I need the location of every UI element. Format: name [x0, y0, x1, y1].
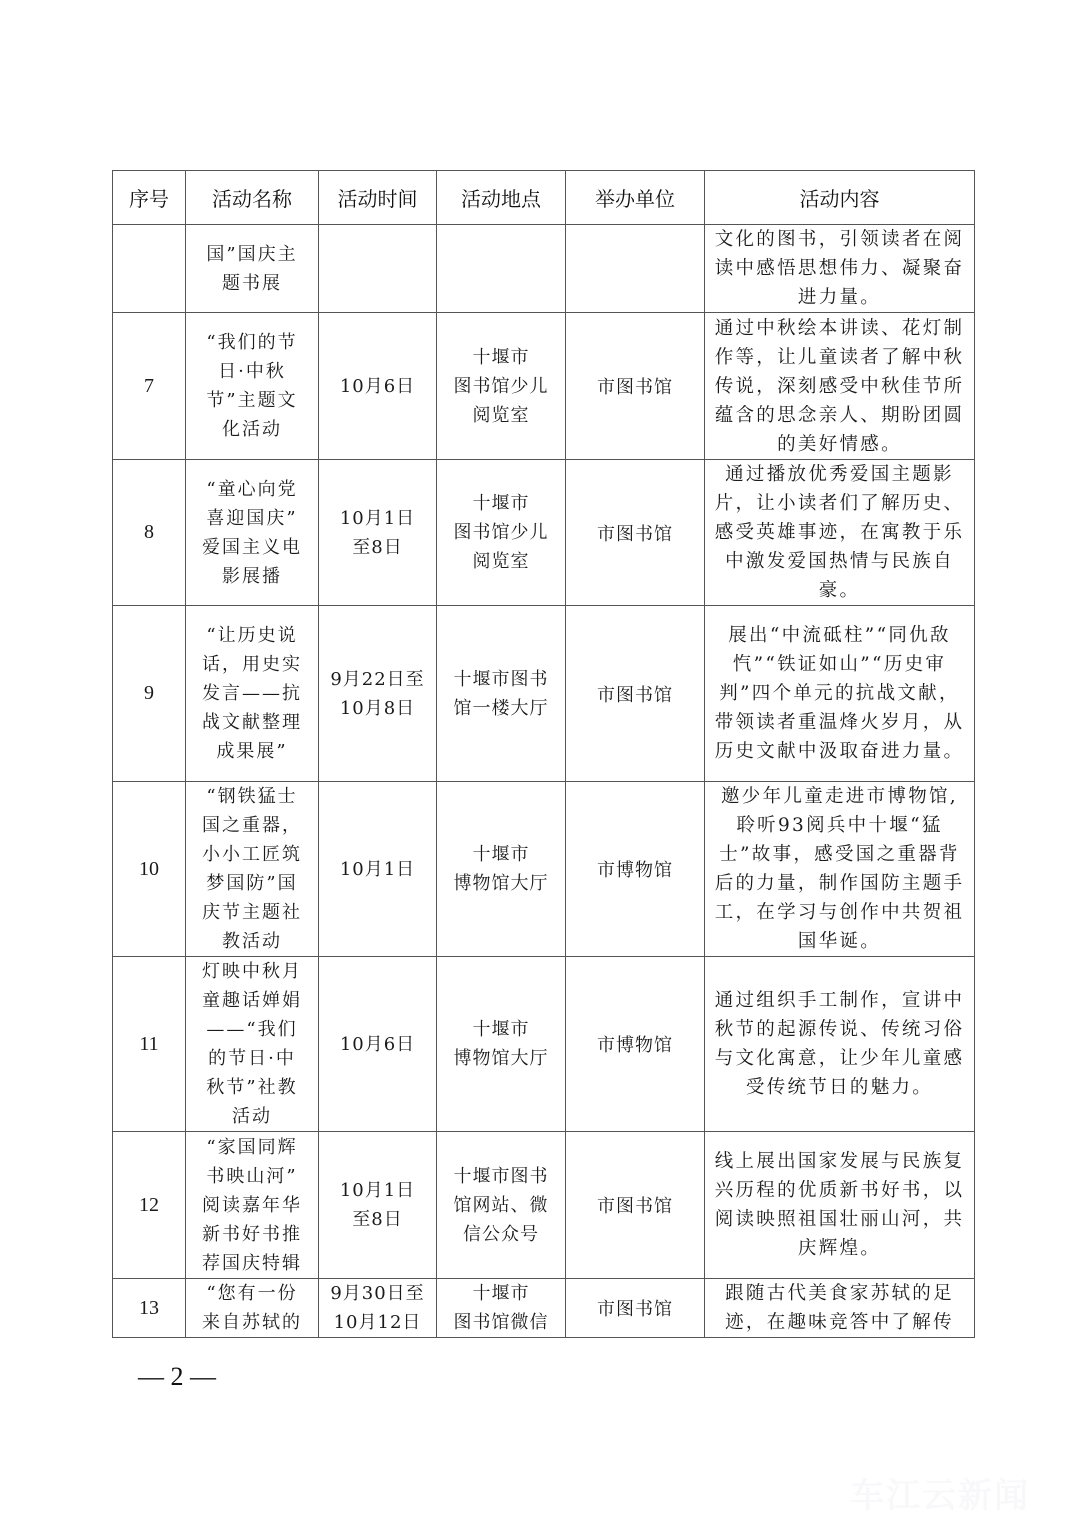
cell-activity-name: “您有一份 来自苏轼的	[186, 1279, 319, 1338]
cell-activity-time: 10月1日 至8日	[319, 1132, 437, 1279]
cell-index: 11	[113, 957, 186, 1132]
cell-activity-place: 十堰市 博物馆大厅	[437, 782, 566, 957]
cell-organizer: 市博物馆	[566, 782, 705, 957]
table-row: 10 “钢铁猛士 国之重器， 小小工匠筑 梦国防”国 庆节主题社 教活动 10月…	[113, 782, 975, 957]
table-row: 13 “您有一份 来自苏轼的 9月30日至 10月12日 十堰市 图书馆微信 市…	[113, 1279, 975, 1338]
cell-activity-place: 十堰市图书 馆网站、微 信公众号	[437, 1132, 566, 1279]
header-activity-time: 活动时间	[319, 171, 437, 225]
cell-index: 12	[113, 1132, 186, 1279]
cell-index: 13	[113, 1279, 186, 1338]
cell-index: 9	[113, 606, 186, 782]
cell-activity-name: 国”国庆主 题书展	[186, 225, 319, 313]
table-row: 12 “家国同辉 书映山河” 阅读嘉年华 新书好书推 荐国庆特辑 10月1日 至…	[113, 1132, 975, 1279]
cell-activity-time	[319, 225, 437, 313]
cell-organizer: 市图书馆	[566, 313, 705, 460]
header-index: 序号	[113, 171, 186, 225]
cell-activity-content: 文化的图书，引领读者在阅读中感悟思想伟力、凝聚奋进力量。	[705, 225, 975, 313]
cell-activity-time: 10月1日 至8日	[319, 460, 437, 606]
cell-organizer: 市博物馆	[566, 957, 705, 1132]
table-row: 11 灯映中秋月 童趣话婵娟 ——“我们 的节日·中 秋节”社教 活动 10月6…	[113, 957, 975, 1132]
cell-activity-name: “我们的节 日·中秋 节”主题文 化活动	[186, 313, 319, 460]
watermark: 车江云新闻	[850, 1468, 1030, 1517]
cell-activity-time: 10月6日	[319, 957, 437, 1132]
cell-index	[113, 225, 186, 313]
cell-index: 10	[113, 782, 186, 957]
cell-activity-time: 10月6日	[319, 313, 437, 460]
table-row: 8 “童心向党 喜迎国庆” 爱国主义电 影展播 10月1日 至8日 十堰市 图书…	[113, 460, 975, 606]
page-number: — 2 —	[138, 1362, 216, 1392]
table-row: 7 “我们的节 日·中秋 节”主题文 化活动 10月6日 十堰市 图书馆少儿 阅…	[113, 313, 975, 460]
cell-activity-content: 通过播放优秀爱国主题影片，让小读者们了解历史、感受英雄事迹，在寓教于乐中激发爱国…	[705, 460, 975, 606]
cell-activity-time: 9月22日至 10月8日	[319, 606, 437, 782]
header-activity-place: 活动地点	[437, 171, 566, 225]
cell-organizer: 市图书馆	[566, 606, 705, 782]
cell-activity-content: 通过组织手工制作，宣讲中秋节的起源传说、传统习俗与文化寓意，让少年儿童感受传统节…	[705, 957, 975, 1132]
cell-organizer: 市图书馆	[566, 1279, 705, 1338]
cell-activity-place: 十堰市 图书馆少儿 阅览室	[437, 313, 566, 460]
table-header-row: 序号 活动名称 活动时间 活动地点 举办单位 活动内容	[113, 171, 975, 225]
activity-table: 序号 活动名称 活动时间 活动地点 举办单位 活动内容 国”国庆主 题书展 文化…	[112, 170, 975, 1338]
cell-activity-name: “让历史说 话，用史实 发言——抗 战文献整理 成果展”	[186, 606, 319, 782]
cell-activity-content: 通过中秋绘本讲读、花灯制作等，让儿童读者了解中秋传说，深刻感受中秋佳节所蕴含的思…	[705, 313, 975, 460]
header-activity-content: 活动内容	[705, 171, 975, 225]
cell-activity-place	[437, 225, 566, 313]
header-organizer: 举办单位	[566, 171, 705, 225]
header-activity-name: 活动名称	[186, 171, 319, 225]
cell-activity-place: 十堰市 博物馆大厅	[437, 957, 566, 1132]
cell-activity-content: 线上展出国家发展与民族复兴历程的优质新书好书，以阅读映照祖国壮丽山河，共庆辉煌。	[705, 1132, 975, 1279]
cell-index: 8	[113, 460, 186, 606]
cell-activity-time: 10月1日	[319, 782, 437, 957]
cell-organizer: 市图书馆	[566, 460, 705, 606]
table-row: 9 “让历史说 话，用史实 发言——抗 战文献整理 成果展” 9月22日至 10…	[113, 606, 975, 782]
cell-activity-place: 十堰市图书 馆一楼大厅	[437, 606, 566, 782]
cell-organizer: 市图书馆	[566, 1132, 705, 1279]
cell-activity-name: “家国同辉 书映山河” 阅读嘉年华 新书好书推 荐国庆特辑	[186, 1132, 319, 1279]
cell-activity-time: 9月30日至 10月12日	[319, 1279, 437, 1338]
cell-activity-place: 十堰市 图书馆少儿 阅览室	[437, 460, 566, 606]
cell-activity-name: “钢铁猛士 国之重器， 小小工匠筑 梦国防”国 庆节主题社 教活动	[186, 782, 319, 957]
cell-activity-name: “童心向党 喜迎国庆” 爱国主义电 影展播	[186, 460, 319, 606]
cell-index: 7	[113, 313, 186, 460]
cell-activity-content: 展出“中流砥柱”“同仇敌忾”“铁证如山”“历史审判”四个单元的抗战文献，带领读者…	[705, 606, 975, 782]
cell-organizer	[566, 225, 705, 313]
cell-activity-place: 十堰市 图书馆微信	[437, 1279, 566, 1338]
cell-activity-name: 灯映中秋月 童趣话婵娟 ——“我们 的节日·中 秋节”社教 活动	[186, 957, 319, 1132]
table-row: 国”国庆主 题书展 文化的图书，引领读者在阅读中感悟思想伟力、凝聚奋进力量。	[113, 225, 975, 313]
cell-activity-content: 邀少年儿童走进市博物馆,聆听93阅兵中十堰“猛士”故事，感受国之重器背后的力量，…	[705, 782, 975, 957]
cell-activity-content: 跟随古代美食家苏轼的足迹，在趣味竞答中了解传	[705, 1279, 975, 1338]
